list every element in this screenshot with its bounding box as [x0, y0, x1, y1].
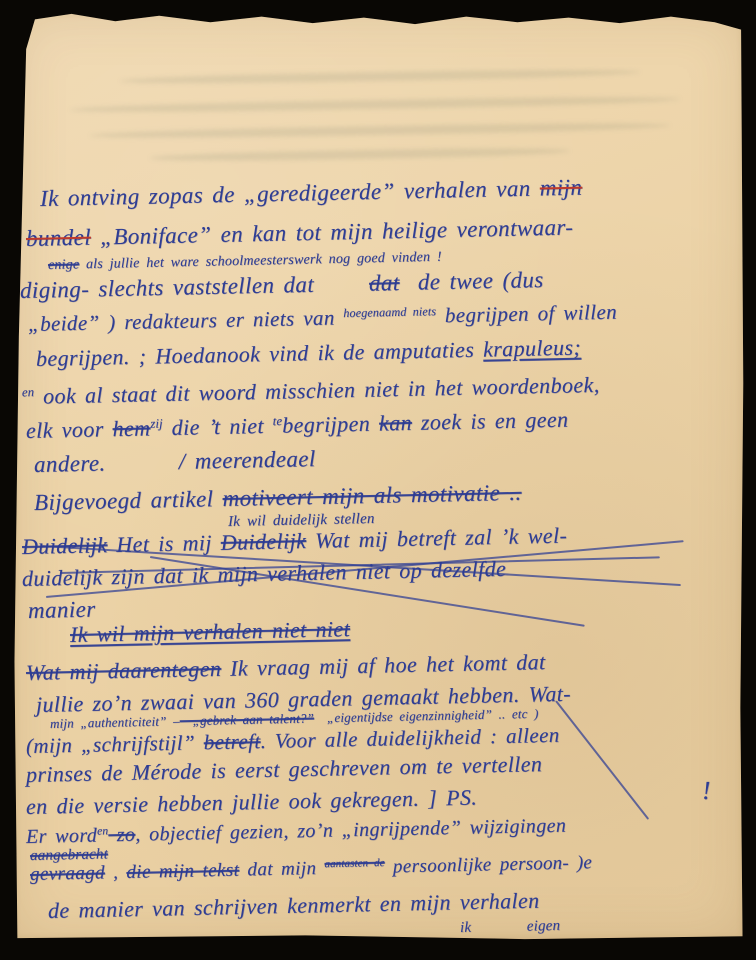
handwriting-segment: andere. / meerendeael: [34, 446, 316, 477]
manuscript-line: bundel „Boniface” en kan tot mijn heilig…: [26, 215, 574, 252]
handwriting-segment: aantasten de: [324, 857, 384, 870]
handwriting-segment: dat mijn: [239, 858, 325, 881]
handwriting-segment: betreft: [203, 729, 260, 754]
handwriting-segment: begrijpen of willen: [436, 300, 617, 328]
handwriting-segment: hem: [112, 415, 150, 441]
handwriting-segment: elk voor: [26, 416, 113, 443]
manuscript-line: begrijpen. ; Hoedanook vind ik de amputa…: [36, 335, 582, 372]
handwriting-segment: Duidelijk: [221, 528, 307, 555]
handwriting-segment: Ik vraag mij af hoe het komt dat: [221, 649, 546, 681]
manuscript-line: !: [702, 776, 712, 806]
manuscript-line: andere. / meerendeael: [34, 446, 316, 478]
handwriting-segment: kan: [379, 410, 412, 436]
handwriting-segment: (mijn „schrijfstijl”: [26, 730, 204, 758]
manuscript-line: ik eigen: [460, 918, 561, 937]
handwriting-segment: krapuleus;: [483, 335, 582, 362]
handwriting-segment: persoonlijke: [385, 854, 500, 877]
handwriting-segment: motiveert mijn als motivatie ..: [222, 480, 522, 511]
handwriting-layer: Ik ontving zopas de „geredigeerde” verha…: [0, 0, 756, 960]
scanned-manuscript: { "colors":{ "background":"#090704", "pa…: [0, 0, 756, 960]
handwriting-segment: als jullie het ware schoolmeesterswerk n…: [79, 250, 442, 273]
handwriting-segment: aangebracht: [30, 846, 108, 864]
handwriting-segment: begrijpen: [282, 411, 379, 438]
handwriting-segment: Er word: [26, 825, 98, 848]
handwriting-segment: !: [702, 776, 712, 805]
handwriting-segment: zij: [150, 416, 163, 430]
handwriting-segment: , objectief gezien, zo’n „ingrijpende” w…: [135, 815, 566, 846]
handwriting-segment: Wat mij betreft zal ’k wel-: [306, 523, 567, 553]
handwriting-segment: en: [97, 824, 108, 837]
manuscript-line: „beide” ) redakteurs er niets van hoegen…: [28, 300, 618, 337]
handwriting-segment: „Boniface” en kan tot mijn heilige veron…: [91, 215, 574, 250]
handwriting-segment: ook al staat dit woord misschien niet in…: [34, 372, 600, 409]
handwriting-segment: ik eigen: [460, 918, 561, 936]
handwriting-segment: manier: [28, 597, 96, 623]
handwriting-segment: die mijn tekst: [126, 860, 239, 883]
handwriting-segment: mijn „authenticiteit” –: [50, 713, 180, 731]
manuscript-line: Bijgevoegd artikel motiveert mijn als mo…: [34, 480, 522, 516]
handwriting-segment: bundel: [26, 225, 92, 251]
handwriting-segment: persoon- )e: [500, 852, 593, 875]
handwriting-segment: de manier van schrijven kenmerkt en mijn…: [48, 888, 540, 923]
handwriting-segment: mijn: [540, 175, 583, 201]
handwriting-segment: Bijgevoegd artikel: [34, 486, 223, 515]
handwriting-segment: en die versie hebben jullie ook gekregen…: [26, 785, 478, 819]
handwriting-segment: gevraagd: [30, 862, 105, 885]
handwriting-segment: die ’t niet: [162, 413, 273, 440]
manuscript-line: en die versie hebben jullie ook gekregen…: [26, 785, 478, 820]
handwriting-segment: begrijpen. ; Hoedanook vind ik de amputa…: [36, 337, 484, 371]
handwriting-segment: Ik wil mijn verhalen niet niet: [70, 616, 351, 647]
manuscript-line: en ook al staat dit woord misschien niet…: [22, 372, 600, 410]
manuscript-line: Ik ontving zopas de „geredigeerde” verha…: [40, 175, 583, 212]
handwriting-segment: Wat mij daarentegen: [26, 656, 222, 685]
manuscript-line: Ik wil mijn verhalen niet niet: [70, 616, 351, 648]
handwriting-segment: „beide” ) redakteurs er niets van: [28, 305, 344, 336]
handwriting-segment: diging- slechts vaststellen dat: [20, 271, 370, 303]
handwriting-segment: zo: [108, 824, 135, 847]
handwriting-segment: hoegenaamd niets: [343, 304, 436, 320]
handwriting-segment: en: [22, 385, 35, 399]
manuscript-line: elk voor hemzij die ’t niet tebegrijpen …: [26, 407, 569, 444]
handwriting-segment: dat: [369, 270, 400, 296]
handwriting-segment: „gebrek aan talent?”: [180, 710, 315, 728]
manuscript-line: de manier van schrijven kenmerkt en mijn…: [48, 888, 540, 924]
manuscript-line: Duidelijk Het is mij Duidelijk Wat mij b…: [22, 523, 568, 560]
handwriting-segment: de twee (dus: [399, 267, 544, 295]
handwriting-segment: . Voor alle duidelijkheid : alleen: [260, 723, 560, 753]
handwriting-segment: zoek is en geen: [412, 407, 569, 435]
manuscript-line: Er worden zo, objectief gezien, zo’n „in…: [26, 815, 567, 849]
manuscript-line: gevraagd , die mijn tekst dat mijn aanta…: [30, 852, 592, 886]
manuscript-line: Wat mij daarentegen Ik vraag mij af hoe …: [26, 649, 546, 686]
handwriting-segment: enige: [48, 257, 80, 273]
manuscript-line: manier: [28, 597, 96, 624]
handwriting-segment: Ik ontving zopas de „geredigeerde” verha…: [40, 176, 540, 211]
handwriting-segment: ,: [105, 862, 127, 883]
